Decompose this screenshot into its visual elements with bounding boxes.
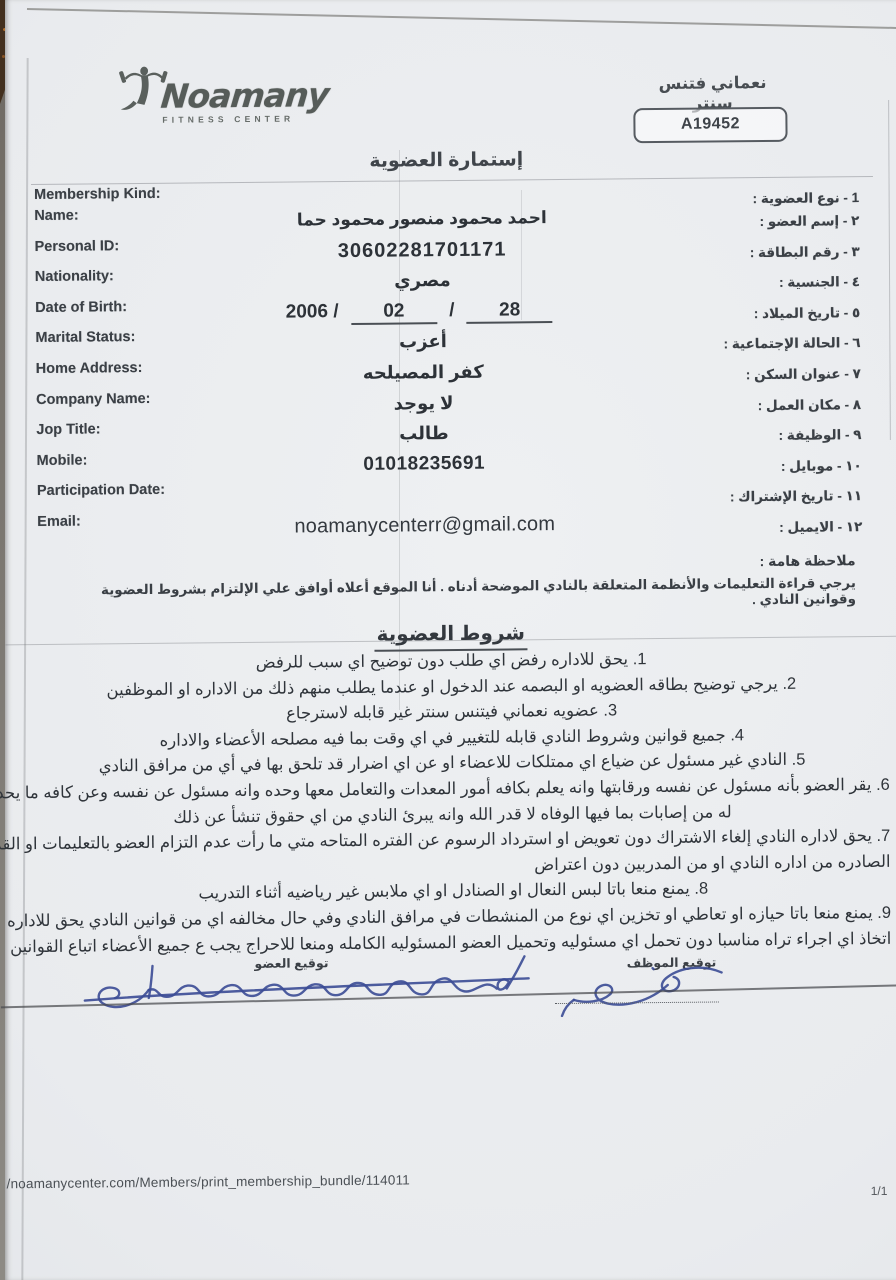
field-label-ar: ١٠ - موبايل : [617, 445, 862, 478]
form-title: إستمارة العضوية [1, 145, 892, 177]
field-label-en: Name: [34, 206, 229, 238]
dob-year: 2006 [286, 301, 328, 322]
important-note-heading: ملاحظة هامة : [45, 552, 856, 577]
field-value: طالب [231, 417, 616, 451]
field-label-en: Personal ID: [35, 237, 230, 269]
field-label-en: Company Name: [36, 390, 231, 422]
membership-terms-list: 1. يحق للاداره رفض اي طلب دون توضيح اي س… [13, 645, 891, 961]
field-value: لا يوجد [231, 386, 616, 420]
scanned-membership-form-photo: Noamany FITNESS CENTER نعماني فتنس سنتر … [0, 0, 896, 1280]
field-value: مصري [230, 264, 615, 298]
field-label-ar: ٩ - الوظيفة : [616, 414, 861, 447]
paper-sheet: Noamany FITNESS CENTER نعماني فتنس سنتر … [5, 0, 896, 1280]
field-value: noamanycenterr@gmail.com [232, 508, 617, 542]
field-label-ar: ١٢ - الايميل : [617, 506, 862, 539]
field-label-ar: ٨ - مكان العمل : [616, 384, 861, 417]
field-value: كفر المصيلحه [231, 355, 616, 389]
field-label-en: Participation Date: [37, 481, 232, 513]
field-label-en: Email: [37, 512, 232, 544]
field-value-dob: 2006 / 02 / 28 [230, 294, 615, 328]
dob-day: 28 [467, 299, 553, 324]
dob-separator: / [333, 301, 338, 322]
page-number: 1/1 [871, 1184, 888, 1198]
membership-form-fields: Membership Kind: 1 - نوع العضوية : Name:… [34, 179, 862, 544]
field-label-ar: ١١ - تاريخ الإشتراك : [617, 475, 862, 508]
noamany-logo: Noamany FITNESS CENTER [118, 61, 329, 125]
field-label-en: Mobile: [37, 451, 232, 483]
field-label-en: Marital Status: [35, 329, 230, 361]
field-label-en: Home Address: [36, 359, 231, 391]
field-label-ar: ٤ - الجنسية : [615, 261, 860, 294]
field-label-ar: ٢ - إسم العضو : [614, 200, 859, 233]
field-label-ar: ٥ - تاريخ الميلاد : [615, 292, 860, 325]
field-label-en: Date of Birth: [35, 298, 230, 330]
field-label-ar: ٣ - رقم البطاقة : [614, 231, 859, 264]
field-value [232, 478, 617, 512]
dob-month: 02 [351, 300, 437, 325]
logo-wordmark: Noamany [159, 78, 329, 113]
field-value: 30602281701171 [230, 233, 615, 267]
field-value: احمد محمود منصور محمود حما [229, 202, 614, 236]
field-label-en: Jop Title: [36, 420, 231, 452]
membership-code-badge: A19452 [633, 107, 787, 143]
field-label-ar: ٦ - الحالة الإجتماعية : [615, 322, 860, 355]
field-value: 01018235691 [232, 447, 617, 481]
member-signature-ink [56, 950, 537, 1017]
field-label-ar: ٧ - عنوان السكن : [616, 353, 861, 386]
print-source-url: /noamanycenter.com/Members/print_members… [7, 1172, 411, 1191]
dob-separator: / [449, 300, 454, 321]
field-value: أعزب [230, 325, 615, 359]
form-row-email: Email: noamanycenterr@gmail.com ١٢ - الا… [37, 506, 862, 545]
field-label-en: Nationality: [35, 267, 230, 299]
signatures-section: توقيع الموظف توقيع العضو [8, 941, 896, 1045]
